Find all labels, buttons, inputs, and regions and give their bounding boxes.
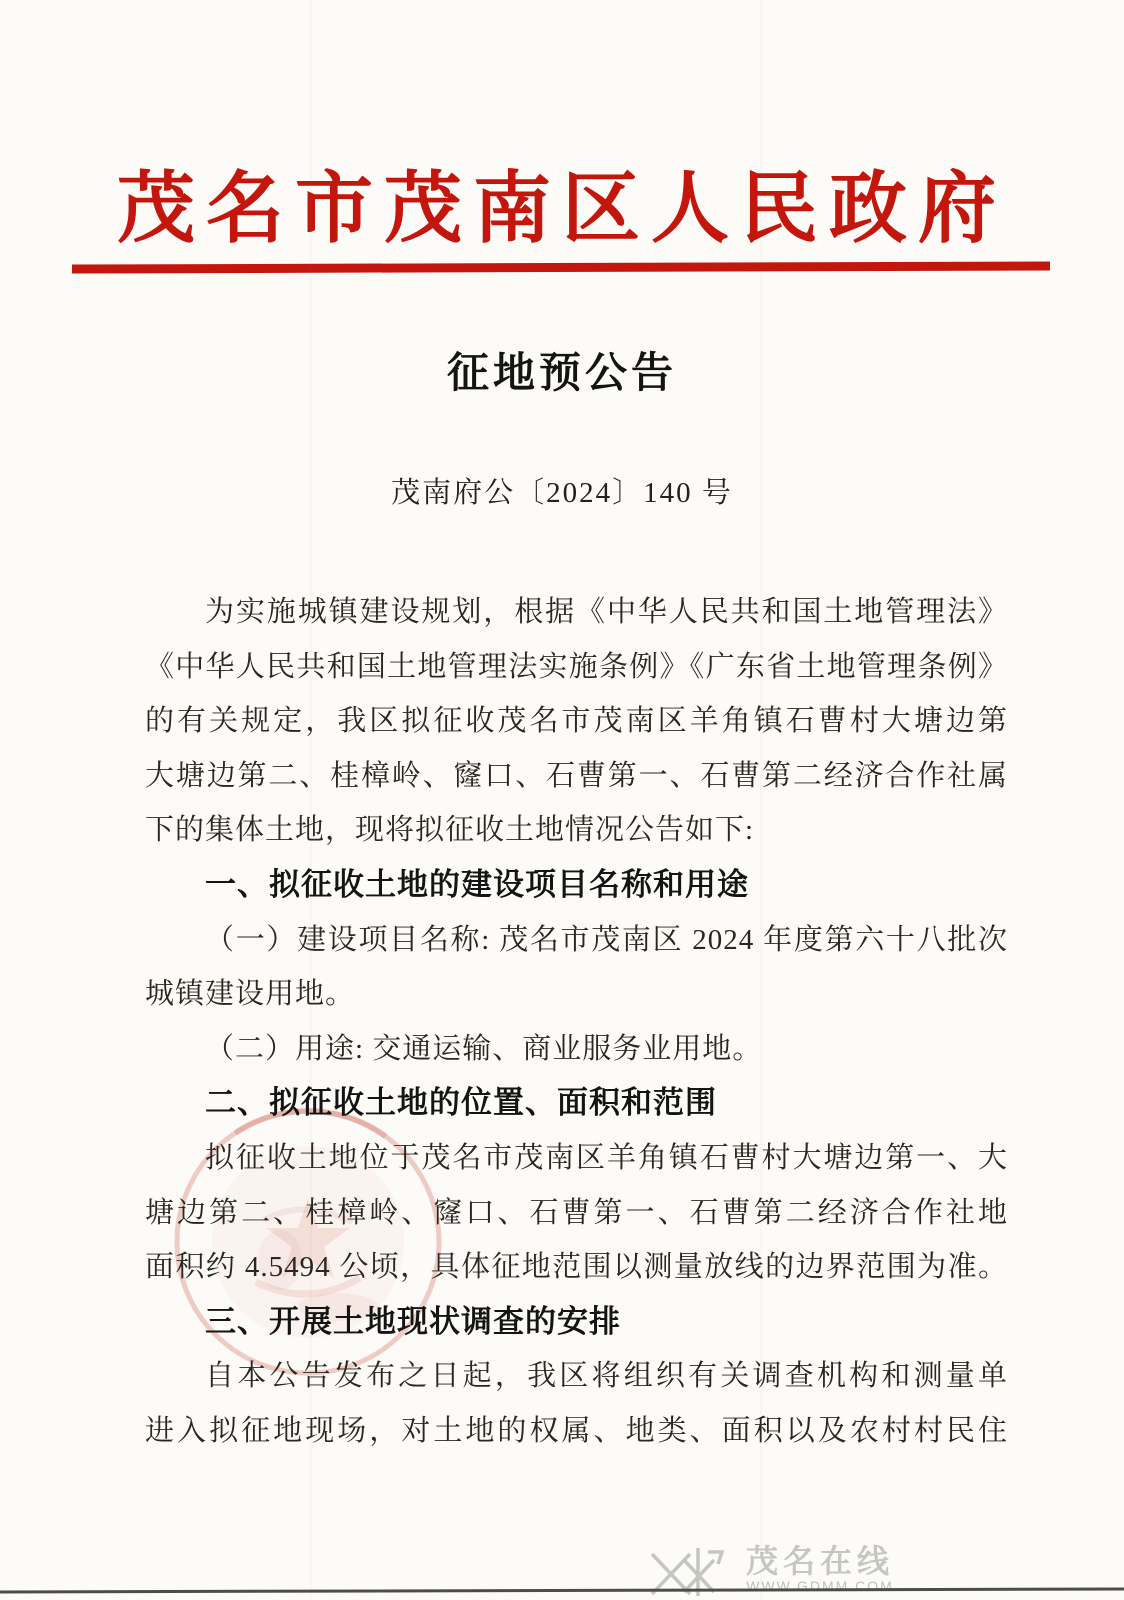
body-line: 面积约 4.5494 公顷，具体征地范围以测量放线的边界范围为准。	[145, 1240, 1008, 1295]
watermark: 茂名在线 WWW.GDMM.COM	[648, 1544, 894, 1600]
body-heading-line: 一、拟征收土地的建设项目名称和用途	[145, 858, 1008, 913]
body-line: 拟征收土地位于茂名市茂南区羊角镇石曹村大塘边第一、大	[145, 1131, 1008, 1186]
document-title: 征地预公告	[0, 340, 1124, 400]
body-line: 《中华人民共和国土地管理法实施条例》《广东省土地管理条例》	[145, 640, 1008, 695]
watermark-logo-icon	[648, 1544, 736, 1600]
body-line: （二）用途: 交通运输、商业服务业用地。	[145, 1022, 1008, 1077]
scan-artifact-line	[0, 1588, 1124, 1593]
body-line: 自本公告发布之日起，我区将组织有关调查机构和测量单位，	[145, 1349, 1008, 1404]
body-line: 为实施城镇建设规划，根据《中华人民共和国土地管理法》	[145, 585, 1008, 640]
body-line: 城镇建设用地。	[145, 967, 1008, 1022]
document-number: 茂南府公〔2024〕140 号	[0, 470, 1124, 511]
body-line: 大塘边第二、桂樟岭、窿口、石曹第一、石曹第二经济合作社属	[145, 749, 1008, 804]
body-line: （一）建设项目名称: 茂名市茂南区 2024 年度第六十八批次	[145, 913, 1008, 968]
document-body: 为实施城镇建设规划，根据《中华人民共和国土地管理法》《中华人民共和国土地管理法实…	[145, 585, 1008, 1459]
watermark-site-name: 茂名在线	[746, 1544, 894, 1578]
letterhead-divider	[72, 261, 1050, 273]
body-line: 下的集体土地，现将拟征收土地情况公告如下:	[145, 803, 1008, 858]
body-line: 进入拟征地现场，对土地的权属、地类、面积以及农村村民住宅、	[145, 1404, 1008, 1459]
document-page: 茂名市茂南区人民政府 征地预公告 茂南府公〔2024〕140 号 为实施城镇建设…	[0, 0, 1124, 1600]
watermark-site-url: WWW.GDMM.COM	[746, 1578, 894, 1594]
body-line: 的有关规定，我区拟征收茂名市茂南区羊角镇石曹村大塘边第一、	[145, 694, 1008, 749]
letterhead-agency-name: 茂名市茂南区人民政府	[0, 146, 1124, 258]
body-heading-line: 三、开展土地现状调查的安排	[145, 1295, 1008, 1350]
body-heading-line: 二、拟征收土地的位置、面积和范围	[145, 1076, 1008, 1131]
body-line: 塘边第二、桂樟岭、窿口、石曹第一、石曹第二经济合作社地段，	[145, 1186, 1008, 1241]
